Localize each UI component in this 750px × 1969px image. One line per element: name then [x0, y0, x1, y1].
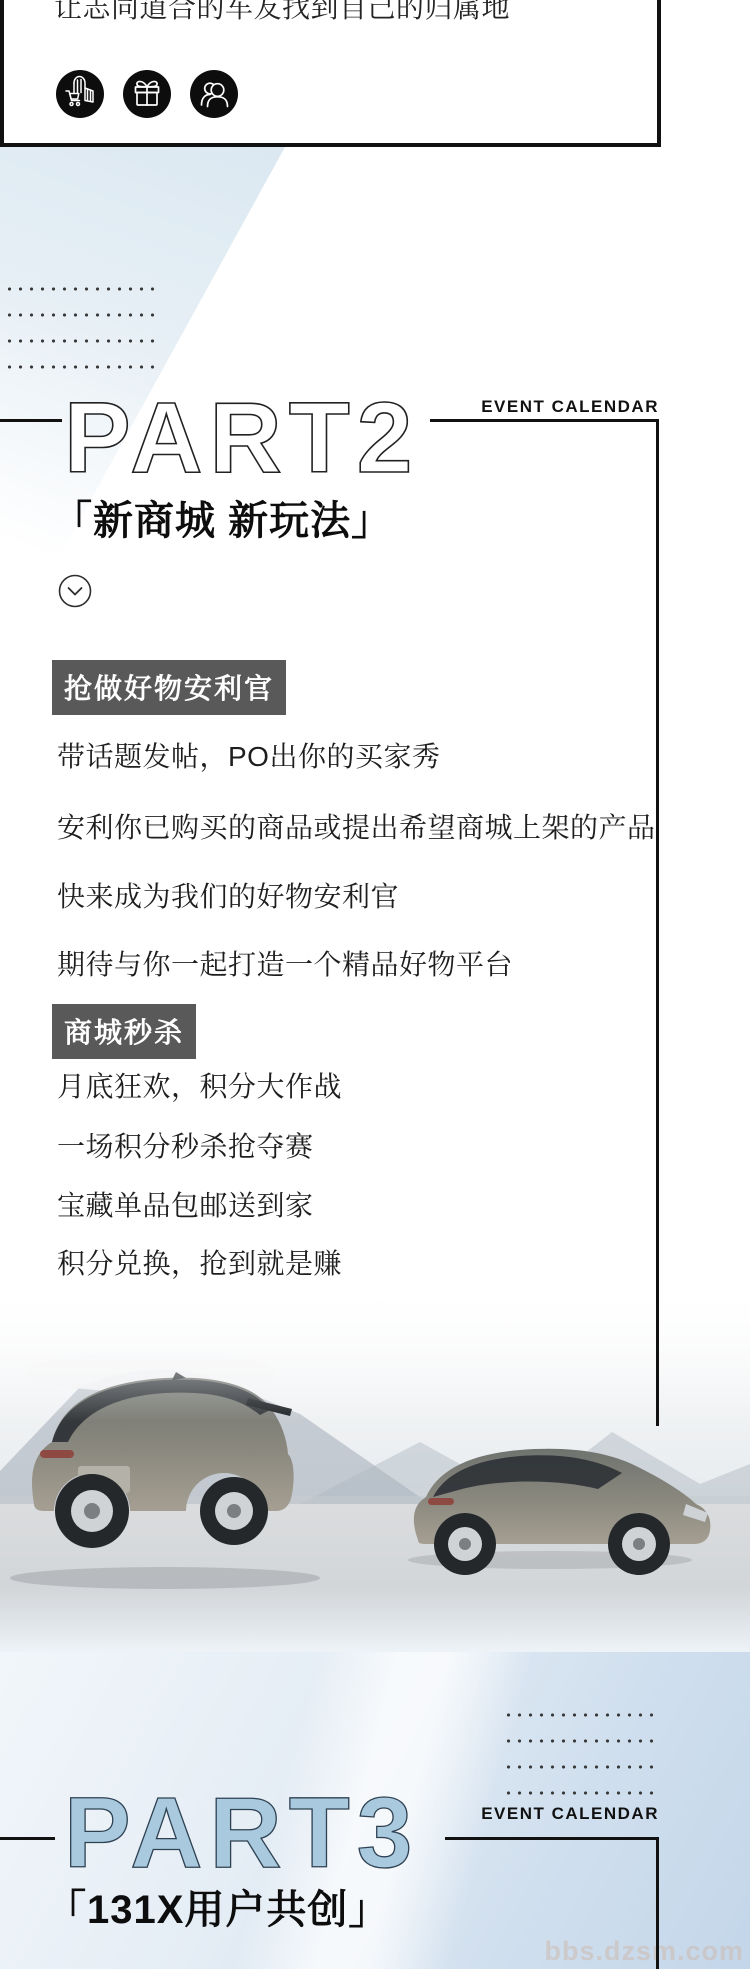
- feature-icon-row: [56, 70, 238, 118]
- body-line: 月底狂欢，积分大作战: [57, 1065, 342, 1105]
- part2-rule-right: [430, 419, 659, 422]
- event-poster: 让志同道合的车友找到自己的归属地: [0, 0, 750, 1969]
- gift-icon: [123, 70, 171, 118]
- part3-kicker: EVENT CALENDAR: [481, 1804, 659, 1824]
- top-frame-bottom-border: [0, 143, 661, 147]
- part3-rule-right: [445, 1837, 659, 1840]
- section-badge: 商城秒杀: [52, 1004, 196, 1059]
- section-badge: 抢做好物安利官: [52, 660, 286, 715]
- part3-vertical-rule: [656, 1837, 659, 1969]
- body-line: 期待与你一起打造一个精品好物平台: [57, 943, 513, 983]
- part3-rule-left: [0, 1837, 55, 1840]
- top-frame-left-border: [0, 0, 4, 147]
- clipped-heading: 让志同道合的车友找到自己的归属地: [54, 0, 510, 26]
- top-frame-right-border: [657, 0, 661, 147]
- part2-subtitle: 「新商城 新玩法」: [52, 489, 392, 546]
- dot-grid-decoration: [503, 1702, 661, 1804]
- body-line: 一场积分秒杀抢夺赛: [57, 1125, 314, 1165]
- part2-rule-left: [0, 419, 62, 422]
- people-group-icon: [190, 70, 238, 118]
- part2-vertical-rule: [656, 419, 659, 1426]
- body-line: 快来成为我们的好物安利官: [57, 875, 399, 915]
- mall-cart-icon: [56, 70, 104, 118]
- part2-kicker: EVENT CALENDAR: [481, 397, 659, 417]
- body-line: 带话题发帖，PO出你的买家秀: [57, 735, 440, 775]
- cars-landscape-photo: [0, 1292, 750, 1652]
- part3-title: PART3: [64, 1783, 419, 1883]
- dot-grid-decoration: [4, 276, 158, 378]
- watermark: bbs.dzsm.com: [544, 1936, 744, 1967]
- chevron-down-icon: [58, 574, 92, 608]
- body-line: 安利你已购买的商品或提出希望商城上架的产品: [57, 806, 656, 846]
- part2-title: PART2: [64, 388, 419, 488]
- body-line: 积分兑换，抢到就是赚: [57, 1242, 342, 1282]
- body-line: 宝藏单品包邮送到家: [57, 1184, 314, 1224]
